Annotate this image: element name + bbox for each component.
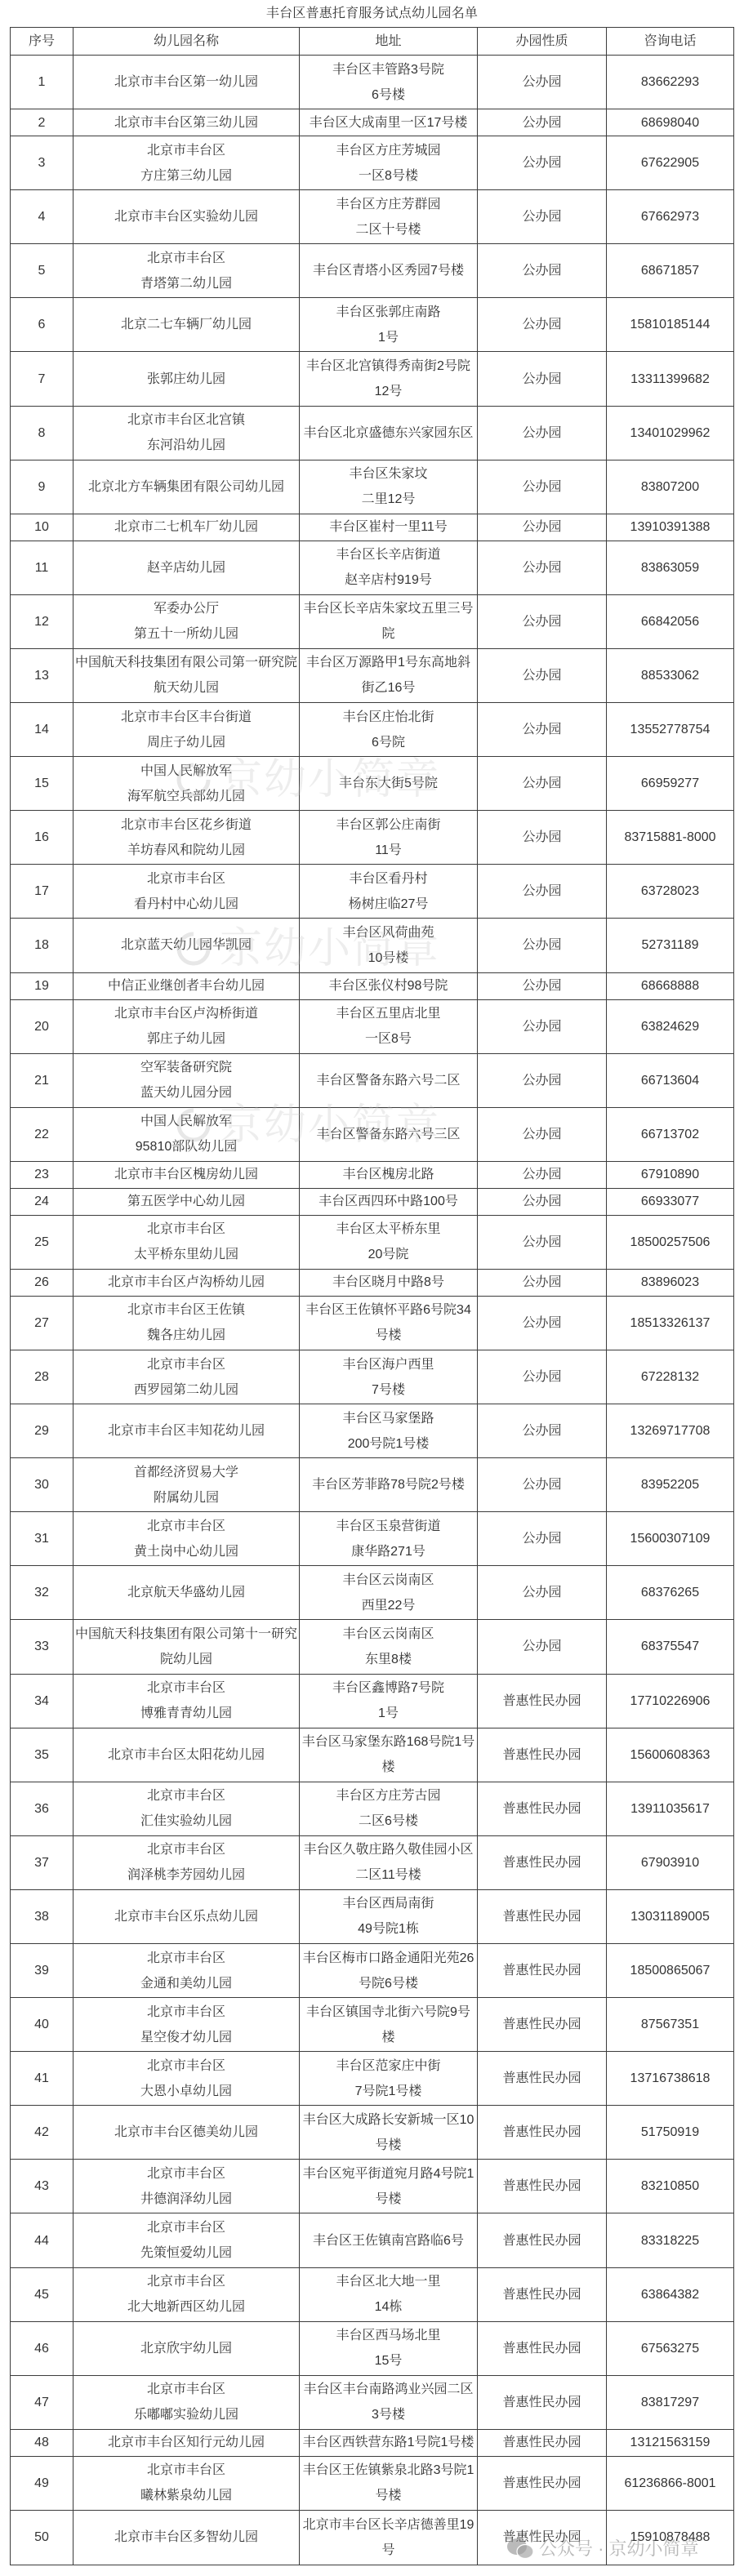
name-line: 太平桥东里幼儿园 (134, 1242, 238, 1267)
phone-number: 83715881-8000 (607, 811, 733, 864)
row-number: 37 (11, 1836, 74, 1889)
address-line: 号院6号楼 (359, 1971, 418, 1996)
table-row: 35北京市丰台区太阳花幼儿园丰台区马家堡东路168号院1号楼普惠性民办园1560… (11, 1728, 733, 1782)
address: 丰台区万源路甲1号东高地斜街乙16号 (300, 649, 478, 702)
address-line: 7号楼 (372, 1377, 405, 1403)
table-row: 24第五医学中心幼儿园丰台区西四环中路100号公办园66933077 (11, 1189, 733, 1216)
address-line: 丰台区马家堡东路168号院1号 (302, 1729, 475, 1755)
school-type: 公办园 (478, 1108, 607, 1161)
school-type: 普惠性民办园 (478, 2106, 607, 2159)
address: 丰台区北大地一里14栋 (300, 2268, 478, 2321)
table-row: 44北京市丰台区先策恒爱幼儿园丰台区王佐镇南宫路临6号普惠性民办园8331822… (11, 2213, 733, 2267)
address: 丰台区方庄芳城园一区8号楼 (300, 136, 478, 189)
name-line: 蓝天幼儿园分园 (140, 1080, 232, 1106)
address-line: 丰台区方庄芳古园 (336, 1783, 440, 1809)
phone-number: 13269717708 (607, 1404, 733, 1457)
row-number: 10 (11, 514, 74, 541)
school-type: 公办园 (478, 1404, 607, 1457)
address: 丰台区西四环中路100号 (300, 1189, 478, 1215)
row-number: 46 (11, 2322, 74, 2375)
name-line: 北京市丰台区太阳花幼儿园 (108, 1742, 265, 1768)
kindergarten-name: 北京市丰台区曦林紫泉幼儿园 (74, 2457, 300, 2510)
address-line: 丰台区大成路长安新城一区10 (303, 2107, 474, 2133)
name-line: 北京市丰台区王佐镇 (127, 1297, 245, 1323)
table-row: 3北京市丰台区方庄第三幼儿园丰台区方庄芳城园一区8号楼公办园67622905 (11, 136, 733, 190)
name-line: 北京市丰台区 (147, 2000, 225, 2025)
table-row: 33中国航天科技集团有限公司第十一研究院幼儿园丰台区云岗南区东里8楼公办园683… (11, 1620, 733, 1674)
address-line: 丰台区云岗南区 (342, 1568, 434, 1593)
row-number: 28 (11, 1350, 74, 1404)
table-row: 34北京市丰台区博雅青青幼儿园丰台区鑫博路7号院1号普惠性民办园17710226… (11, 1675, 733, 1728)
name-line: 黄土岗中心幼儿园 (134, 1539, 238, 1564)
name-line: 北京市丰台区 (147, 1675, 225, 1701)
address-line: 1号 (378, 325, 399, 350)
phone-number: 68698040 (607, 109, 733, 136)
phone-number: 83807200 (607, 460, 733, 514)
address-line: 丰台区警备东路六号三区 (316, 1122, 460, 1147)
address-line: 一区8号 (365, 1026, 412, 1052)
name-line: 北京市丰台区卢沟桥幼儿园 (108, 1270, 265, 1295)
school-type: 公办园 (478, 1297, 607, 1350)
row-number: 48 (11, 2430, 74, 2456)
table-row: 38北京市丰台区乐点幼儿园丰台区西局南街49号院1栋普惠性民办园13031189… (11, 1890, 733, 1944)
address-line: 丰台区庄怡北街 (342, 705, 434, 730)
table-row: 43北京市丰台区井德润泽幼儿园丰台区宛平街道宛月路4号院1号楼普惠性民办园832… (11, 2160, 733, 2213)
address-line: 丰台区崔村一里11号 (329, 514, 448, 540)
address-line: 6号楼 (372, 82, 405, 108)
school-type: 公办园 (478, 298, 607, 351)
name-line: 中国航天科技集团有限公司第一研究院 (75, 650, 297, 675)
phone-number: 83318225 (607, 2213, 733, 2267)
school-type: 公办园 (478, 136, 607, 189)
name-line: 北京市丰台区第三幼儿园 (114, 110, 258, 136)
kindergarten-name: 北京市丰台区丰台街道周庄子幼儿园 (74, 703, 300, 756)
row-number: 40 (11, 1998, 74, 2051)
name-line: 北京市二七机车厂幼儿园 (114, 514, 258, 540)
phone-number: 13552778754 (607, 703, 733, 756)
address: 丰台区朱家坟二里12号 (300, 460, 478, 514)
name-line: 北京市丰台区 (147, 2269, 225, 2294)
address: 丰台区张郭庄南路1号 (300, 298, 478, 351)
address-line: 东里8楼 (365, 1647, 412, 1672)
row-number: 45 (11, 2268, 74, 2321)
kindergarten-name: 北京市丰台区丰知花幼儿园 (74, 1404, 300, 1457)
name-line: 先策恒爱幼儿园 (140, 2240, 232, 2266)
table-row: 36北京市丰台区汇佳实验幼儿园丰台区方庄芳古园二区6号楼普惠性民办园139110… (11, 1782, 733, 1836)
address: 丰台区丰管路3号院6号楼 (300, 56, 478, 109)
row-number: 4 (11, 190, 74, 243)
table-row: 18北京蓝天幼儿园华凯园丰台区风荷曲苑10号楼公办园52731189 (11, 919, 733, 972)
school-type: 公办园 (478, 1620, 607, 1673)
address: 丰台区五里店北里一区8号 (300, 1000, 478, 1053)
school-type: 普惠性民办园 (478, 2430, 607, 2456)
address: 丰台区大成南里一区17号楼 (300, 109, 478, 136)
phone-number: 18513326137 (607, 1297, 733, 1350)
school-type: 公办园 (478, 244, 607, 297)
phone-number: 67662973 (607, 190, 733, 243)
address-line: 号楼 (375, 2133, 401, 2158)
name-line: 北京市丰台区槐房幼儿园 (114, 1162, 258, 1187)
address: 丰台区长辛店朱家坟五里三号院 (300, 595, 478, 648)
school-type: 普惠性民办园 (478, 1944, 607, 1997)
table-row: 31北京市丰台区黄土岗中心幼儿园丰台区玉泉营街道康华路271号公办园156003… (11, 1512, 733, 1566)
kindergarten-name: 空军装备研究院蓝天幼儿园分园 (74, 1054, 300, 1107)
name-line: 北京市丰台区乐点幼儿园 (114, 1904, 258, 1929)
address: 丰台区云岗南区东里8楼 (300, 1620, 478, 1673)
address: 丰台区张仪村98号院 (300, 973, 478, 999)
row-number: 34 (11, 1675, 74, 1728)
row-number: 39 (11, 1944, 74, 1997)
name-line: 北京市丰台区知行元幼儿园 (108, 2430, 265, 2455)
address-line: 赵辛店村919号 (345, 567, 432, 593)
address-line: 丰台区方庄芳城园 (336, 138, 440, 163)
address: 丰台区崔村一里11号 (300, 514, 478, 541)
name-line: 中国人民解放军 (140, 1109, 232, 1134)
phone-number: 15600307109 (607, 1512, 733, 1565)
phone-number: 66713604 (607, 1054, 733, 1107)
address-line: 号楼 (375, 2483, 401, 2508)
name-line: 首都经济贸易大学 (134, 1460, 238, 1485)
table-row: 37北京市丰台区润泽桃李芳园幼儿园丰台区久敬庄路久敬佳园小区二区11号楼普惠性民… (11, 1836, 733, 1890)
kindergarten-name: 北京市丰台区北大地新西区幼儿园 (74, 2268, 300, 2321)
address-line: 丰台区马家堡路 (342, 1406, 434, 1431)
table-row: 4北京市丰台区实验幼儿园丰台区方庄芳群园二区十号楼公办园67662973 (11, 190, 733, 244)
name-line: 第五医学中心幼儿园 (127, 1189, 245, 1214)
school-type: 普惠性民办园 (478, 2268, 607, 2321)
address-line: 丰台区张郭庄南路 (336, 300, 440, 325)
kindergarten-name: 北京市丰台区博雅青青幼儿园 (74, 1675, 300, 1728)
kindergarten-name: 北京市丰台区金通和美幼儿园 (74, 1944, 300, 1997)
kindergarten-name: 北京二七车辆厂幼儿园 (74, 298, 300, 351)
address: 丰台区槐房北路 (300, 1162, 478, 1188)
name-line: 北京北方车辆集团有限公司幼儿园 (88, 474, 284, 500)
name-line: 魏各庄幼儿园 (147, 1323, 225, 1348)
table-row: 19中信正业继创者丰台幼儿园丰台区张仪村98号院公办园68668888 (11, 973, 733, 1000)
table-row: 9北京北方车辆集团有限公司幼儿园丰台区朱家坟二里12号公办园83807200 (11, 460, 733, 514)
row-number: 1 (11, 56, 74, 109)
address-line: 北京市丰台区长辛店德善里19 (303, 2512, 474, 2538)
header-phone: 咨询电话 (607, 28, 733, 55)
name-line: 北京市丰台区 (147, 1352, 225, 1377)
address-line: 丰台区郭公庄南街 (336, 812, 440, 838)
table-row: 46北京欣宇幼儿园丰台区西马场北里15号普惠性民办园67563275 (11, 2322, 733, 2376)
phone-number: 51750919 (607, 2106, 733, 2159)
address-line: 楼 (381, 1755, 394, 1780)
name-line: 北京蓝天幼儿园华凯园 (121, 932, 252, 958)
row-number: 41 (11, 2052, 74, 2105)
row-number: 44 (11, 2213, 74, 2267)
phone-number: 67622905 (607, 136, 733, 189)
name-line: 北京市丰台区 (147, 2161, 225, 2187)
address-line: 49号院1栋 (358, 1916, 419, 1942)
address: 丰台区太平桥东里20号院 (300, 1216, 478, 1269)
address: 丰台区丰台南路鸿业兴园二区3号楼 (300, 2376, 478, 2429)
phone-number: 88533062 (607, 649, 733, 702)
name-line: 北京市丰台区卢沟桥街道 (114, 1001, 258, 1026)
phone-number: 83896023 (607, 1270, 733, 1296)
phone-number: 18500865067 (607, 1944, 733, 1997)
address-line: 丰台区玉泉营街道 (336, 1514, 440, 1539)
name-line: 海军航空兵部幼儿园 (127, 784, 245, 809)
name-line: 北京市丰台区 (147, 138, 225, 163)
school-type: 公办园 (478, 1512, 607, 1565)
school-type: 公办园 (478, 407, 607, 460)
address-line: 12号 (375, 379, 403, 404)
table-row: 8北京市丰台区北宫镇东河沿幼儿园丰台区北京盛德东兴家园东区公办园13401029… (11, 407, 733, 460)
kindergarten-name: 北京市丰台区太阳花幼儿园 (74, 1728, 300, 1782)
row-number: 32 (11, 1566, 74, 1619)
kindergarten-name: 北京欣宇幼儿园 (74, 2322, 300, 2375)
address-line: 丰台区宛平街道宛月路4号院1 (303, 2161, 474, 2187)
address-line: 15号 (375, 2348, 403, 2374)
kindergarten-name: 北京市丰台区青塔第二幼儿园 (74, 244, 300, 297)
name-line: 看丹村中心幼儿园 (134, 892, 238, 917)
address-line: 丰台区鑫博路7号院 (332, 1675, 444, 1701)
address-line: 丰台区长辛店街道 (336, 542, 440, 567)
name-line: 北京市丰台区德美幼儿园 (114, 2120, 258, 2145)
kindergarten-name: 北京市二七机车厂幼儿园 (74, 514, 300, 541)
address-line: 号楼 (375, 1323, 401, 1348)
row-number: 6 (11, 298, 74, 351)
address-line: 号 (381, 2538, 394, 2563)
kindergarten-name: 中国人民解放军95810部队幼儿园 (74, 1108, 300, 1161)
address-line: 丰台区西铁营东路1号院1号楼 (303, 2430, 474, 2455)
address-line: 1号 (378, 1701, 399, 1726)
kindergarten-name: 北京市丰台区卢沟桥街道郭庄子幼儿园 (74, 1000, 300, 1053)
address: 丰台区云岗南区西里22号 (300, 1566, 478, 1619)
row-number: 3 (11, 136, 74, 189)
table-row: 47北京市丰台区乐嘟嘟实验幼儿园丰台区丰台南路鸿业兴园二区3号楼普惠性民办园83… (11, 2376, 733, 2430)
address: 丰台区镇国寺北街六号院9号楼 (300, 1998, 478, 2051)
name-line: 院幼儿园 (160, 1647, 212, 1672)
school-type: 公办园 (478, 1054, 607, 1107)
name-line: 空军装备研究院 (140, 1055, 232, 1080)
address-line: 200号院1号楼 (348, 1431, 430, 1457)
address: 丰台区晓月中路8号 (300, 1270, 478, 1296)
row-number: 49 (11, 2457, 74, 2510)
kindergarten-name: 北京市丰台区知行元幼儿园 (74, 2430, 300, 2456)
address: 丰台区西铁营东路1号院1号楼 (300, 2430, 478, 2456)
name-line: 北京航天华盛幼儿园 (127, 1580, 245, 1605)
address: 丰台区北京盛德东兴家园东区 (300, 407, 478, 460)
name-line: 中国航天科技集团有限公司第十一研究 (75, 1622, 297, 1647)
kindergarten-name: 第五医学中心幼儿园 (74, 1189, 300, 1215)
address-line: 6号院 (372, 730, 405, 755)
kindergarten-name: 张郭庄幼儿园 (74, 352, 300, 405)
kindergarten-name: 北京市丰台区汇佳实验幼儿园 (74, 1782, 300, 1835)
school-type: 公办园 (478, 1189, 607, 1215)
phone-number: 66713702 (607, 1108, 733, 1161)
kindergarten-name: 北京市丰台区星空俊才幼儿园 (74, 1998, 300, 2051)
address: 丰台区庄怡北街6号院 (300, 703, 478, 756)
table-row: 40北京市丰台区星空俊才幼儿园丰台区镇国寺北街六号院9号楼普惠性民办园87567… (11, 1998, 733, 2052)
row-number: 31 (11, 1512, 74, 1565)
table-row: 13中国航天科技集团有限公司第一研究院航天幼儿园丰台区万源路甲1号东高地斜街乙1… (11, 649, 733, 703)
address: 丰台区风荷曲苑10号楼 (300, 919, 478, 972)
table-row: 2北京市丰台区第三幼儿园丰台区大成南里一区17号楼公办园68698040 (11, 109, 733, 136)
school-type: 公办园 (478, 811, 607, 864)
kindergarten-name: 中国航天科技集团有限公司第十一研究院幼儿园 (74, 1620, 300, 1673)
school-type: 普惠性民办园 (478, 2457, 607, 2510)
address-line: 丰台区北宫镇得秀南街2号院 (306, 354, 470, 379)
address-line: 丰台区槐房北路 (342, 1162, 434, 1187)
school-type: 公办园 (478, 190, 607, 243)
address: 丰台区西马场北里15号 (300, 2322, 478, 2375)
header-no: 序号 (11, 28, 74, 55)
kindergarten-name: 北京市丰台区乐点幼儿园 (74, 1890, 300, 1943)
name-line: 青塔第二幼儿园 (140, 271, 232, 296)
phone-number: 68668888 (607, 973, 733, 999)
school-type: 公办园 (478, 1458, 607, 1511)
name-line: 博雅青青幼儿园 (140, 1701, 232, 1726)
header-address: 地址 (300, 28, 478, 55)
row-number: 30 (11, 1458, 74, 1511)
address-line: 丰台区青塔小区秀园7号楼 (313, 258, 464, 283)
table-row: 48北京市丰台区知行元幼儿园丰台区西铁营东路1号院1号楼普惠性民办园131215… (11, 2430, 733, 2457)
address: 丰台区玉泉营街道康华路271号 (300, 1512, 478, 1565)
row-number: 5 (11, 244, 74, 297)
address-line: 20号院 (368, 1242, 409, 1267)
kindergarten-name: 北京市丰台区润泽桃李芳园幼儿园 (74, 1836, 300, 1889)
row-number: 27 (11, 1297, 74, 1350)
school-type: 公办园 (478, 352, 607, 405)
kindergarten-name: 北京市丰台区德美幼儿园 (74, 2106, 300, 2159)
table-row: 32北京航天华盛幼儿园丰台区云岗南区西里22号公办园68376265 (11, 1566, 733, 1620)
address-line: 一区8号楼 (359, 163, 418, 189)
school-type: 公办园 (478, 595, 607, 648)
phone-number: 61236866-8001 (607, 2457, 733, 2510)
name-line: 西罗园第二幼儿园 (134, 1377, 238, 1403)
name-line: 金通和美幼儿园 (140, 1971, 232, 1996)
name-line: 井德润泽幼儿园 (140, 2187, 232, 2212)
row-number: 38 (11, 1890, 74, 1943)
address-line: 丰台区丰管路3号院 (332, 57, 444, 82)
address-line: 杨树庄临27号 (349, 892, 429, 917)
school-type: 普惠性民办园 (478, 1836, 607, 1889)
table-row: 10北京市二七机车厂幼儿园丰台区崔村一里11号公办园13910391388 (11, 514, 733, 541)
address: 丰台区海户西里7号楼 (300, 1350, 478, 1404)
row-number: 18 (11, 919, 74, 972)
phone-number: 68376265 (607, 1566, 733, 1619)
kindergarten-name: 北京市丰台区实验幼儿园 (74, 190, 300, 243)
row-number: 33 (11, 1620, 74, 1673)
row-number: 17 (11, 865, 74, 918)
phone-number: 52731189 (607, 919, 733, 972)
address: 丰台区王佐镇南宫路临6号 (300, 2213, 478, 2267)
school-type: 公办园 (478, 1270, 607, 1296)
address-line: 二区6号楼 (359, 1809, 418, 1834)
table-row: 27北京市丰台区王佐镇魏各庄幼儿园丰台区王佐镇怀平路6号院34号楼公办园1851… (11, 1297, 733, 1350)
name-line: 赵辛店幼儿园 (147, 555, 225, 581)
table-row: 30首都经济贸易大学附属幼儿园丰台区芳菲路78号院2号楼公办园83952205 (11, 1458, 733, 1512)
phone-number: 83863059 (607, 541, 733, 594)
address-line: 丰台区西四环中路100号 (319, 1189, 458, 1214)
school-type: 普惠性民办园 (478, 1728, 607, 1782)
kindergarten-name: 北京市丰台区方庄第三幼儿园 (74, 136, 300, 189)
phone-number: 15910878488 (607, 2511, 733, 2565)
school-type: 公办园 (478, 757, 607, 810)
kindergarten-name: 北京市丰台区第三幼儿园 (74, 109, 300, 136)
address: 丰台区范家庄中街7号院1号楼 (300, 2052, 478, 2105)
address: 丰台区北宫镇得秀南街2号院12号 (300, 352, 478, 405)
kindergarten-name: 北京市丰台区先策恒爱幼儿园 (74, 2213, 300, 2267)
kindergarten-name: 北京市丰台区王佐镇魏各庄幼儿园 (74, 1297, 300, 1350)
kindergarten-name: 北京航天华盛幼儿园 (74, 1566, 300, 1619)
school-type: 公办园 (478, 1350, 607, 1404)
kindergarten-name: 北京市丰台区多智幼儿园 (74, 2511, 300, 2565)
school-type: 普惠性民办园 (478, 2322, 607, 2375)
phone-number: 68671857 (607, 244, 733, 297)
name-line: 中信正业继创者丰台幼儿园 (108, 973, 265, 999)
school-type: 普惠性民办园 (478, 2213, 607, 2267)
name-line: 北京市丰台区 (147, 2377, 225, 2402)
table-header: 序号幼儿园名称地址办园性质咨询电话 (11, 28, 733, 56)
phone-number: 17710226906 (607, 1675, 733, 1728)
school-type: 普惠性民办园 (478, 2160, 607, 2213)
row-number: 8 (11, 407, 74, 460)
name-line: 北京市丰台区第一幼儿园 (114, 69, 258, 95)
row-number: 26 (11, 1270, 74, 1296)
row-number: 35 (11, 1728, 74, 1782)
phone-number: 83210850 (607, 2160, 733, 2213)
school-type: 公办园 (478, 865, 607, 918)
address-line: 二里12号 (362, 487, 416, 512)
kindergarten-name: 北京市丰台区卢沟桥幼儿园 (74, 1270, 300, 1296)
name-line: 北京市丰台区 (147, 1514, 225, 1539)
phone-number: 87567351 (607, 1998, 733, 2051)
address-line: 丰台区五里店北里 (336, 1001, 440, 1026)
address: 丰台区马家堡东路168号院1号楼 (300, 1728, 478, 1782)
address-line: 丰台区镇国寺北街六号院9号 (306, 2000, 470, 2025)
row-number: 15 (11, 757, 74, 810)
table-row: 22中国人民解放军95810部队幼儿园丰台区警备东路六号三区公办园6671370… (11, 1108, 733, 1162)
address-line: 丰台区长辛店朱家坟五里三号 (303, 596, 473, 621)
address: 丰台区大成路长安新城一区10号楼 (300, 2106, 478, 2159)
name-line: 北京市丰台区 (147, 1837, 225, 1862)
address-line: 11号 (375, 838, 402, 863)
phone-number: 83662293 (607, 56, 733, 109)
table-row: 50北京市丰台区多智幼儿园北京市丰台区长辛店德善里19号普惠性民办园159108… (11, 2511, 733, 2565)
phone-number: 63864382 (607, 2268, 733, 2321)
address: 丰台区马家堡路200号院1号楼 (300, 1404, 478, 1457)
school-type: 公办园 (478, 541, 607, 594)
kindergarten-table: 序号幼儿园名称地址办园性质咨询电话 1北京市丰台区第一幼儿园丰台区丰管路3号院6… (10, 27, 734, 2565)
name-line: 北大地新西区幼儿园 (127, 2294, 245, 2320)
name-line: 北京市丰台区 (147, 1946, 225, 1971)
phone-number: 15810185144 (607, 298, 733, 351)
name-line: 方庄第三幼儿园 (140, 163, 232, 189)
school-type: 公办园 (478, 973, 607, 999)
address-line: 丰台区海户西里 (342, 1352, 434, 1377)
school-type: 公办园 (478, 1566, 607, 1619)
address-line: 丰台区西局南街 (342, 1891, 434, 1916)
kindergarten-name: 军委办公厅第五十一所幼儿园 (74, 595, 300, 648)
school-type: 普惠性民办园 (478, 2511, 607, 2565)
table-row: 21空军装备研究院蓝天幼儿园分园丰台区警备东路六号二区公办园66713604 (11, 1054, 733, 1108)
address: 丰台区青塔小区秀园7号楼 (300, 244, 478, 297)
row-number: 20 (11, 1000, 74, 1053)
address-line: 号楼 (375, 2187, 401, 2212)
school-type: 普惠性民办园 (478, 2052, 607, 2105)
phone-number: 13121563159 (607, 2430, 733, 2456)
name-line: 东河沿幼儿园 (147, 433, 225, 458)
school-type: 普惠性民办园 (478, 1998, 607, 2051)
row-number: 22 (11, 1108, 74, 1161)
name-line: 北京市丰台区北宫镇 (127, 407, 245, 433)
address-line: 丰台区丰台南路鸿业兴园二区 (303, 2377, 473, 2402)
phone-number: 13911035617 (607, 1782, 733, 1835)
row-number: 11 (11, 541, 74, 594)
